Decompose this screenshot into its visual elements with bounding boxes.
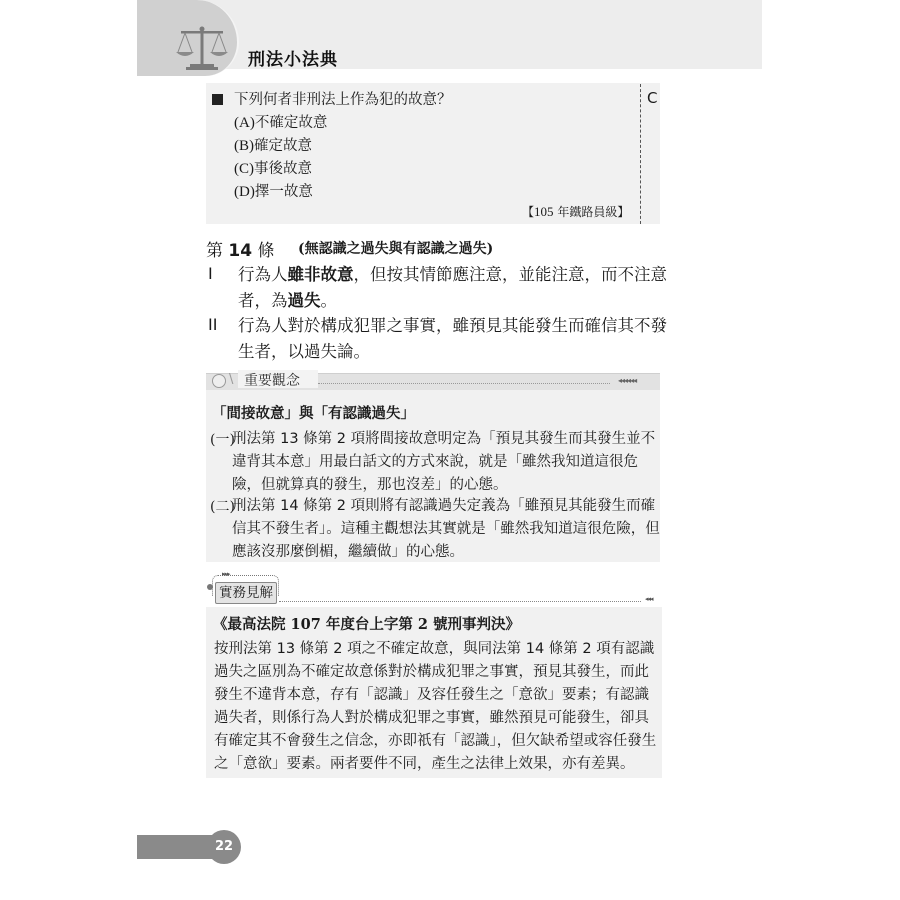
concept-item-1: 刑法第 13 條第 2 項將間接故意明定為「預見其發生而其發生並不違背其本意」用… <box>232 428 660 497</box>
paragraph-2: 行為人對於構成犯罪之事實，雖預見其能發生而確信其不發生者，以過失論。 <box>238 313 668 365</box>
article-subtitle: (無認識之過失與有認識之過失) <box>298 238 493 258</box>
quiz-answer: C <box>647 89 657 107</box>
concept-title: 「間接故意」與「有認識過失」 <box>212 402 415 423</box>
concept-item-2: 刑法第 14 條第 2 項則將有認識過失定義為「雖預見其能發生而確信其不發生者」… <box>232 495 660 564</box>
arrows-right-icon: ▸▸▸ <box>222 570 230 578</box>
dotted-rule <box>318 383 610 384</box>
arrows-left-icon: ◂◂◂◂◂◂ <box>618 376 636 385</box>
quiz-option-c: (C)事後故意 <box>234 157 312 178</box>
practice-text: 按刑法第 13 條第 2 項之不確定故意，與同法第 14 條第 2 項有認識過失… <box>214 638 662 776</box>
quiz-source: 【105 年鐵路員級】 <box>522 203 629 220</box>
circle-icon <box>212 374 226 388</box>
concept-label: 重要觀念 <box>238 370 318 388</box>
practice-title: 《最高法院 107 年度台上字第 2 號刑事判決》 <box>213 613 520 634</box>
quiz-question: 下列何者非刑法上作為犯的故意？ <box>234 88 452 109</box>
paragraph-mark-1: I <box>208 264 213 283</box>
scales-of-justice-icon <box>175 26 229 72</box>
bullet-dot-icon <box>207 584 213 590</box>
arrows-left-icon: ◂◂◂ <box>645 595 653 603</box>
practice-label: 實務見解 <box>215 582 277 604</box>
quiz-option-a: (A)不確定故意 <box>234 111 327 132</box>
slash-decoration: \ <box>229 372 233 387</box>
paragraph-mark-2: II <box>208 315 217 334</box>
page-number: 22 <box>207 830 241 864</box>
dotted-rule <box>279 601 641 602</box>
square-bullet-icon <box>212 94 223 105</box>
quiz-option-b: (B)確定故意 <box>234 134 312 155</box>
book-title: 刑法小法典 <box>248 45 338 70</box>
article-heading: 第 14 條 <box>206 236 274 261</box>
paragraph-1: 行為人雖非故意，但按其情節應注意，並能注意，而不注意者，為過失。 <box>238 262 668 314</box>
quiz-option-d: (D)擇一故意 <box>234 180 313 201</box>
answer-divider <box>640 84 641 224</box>
